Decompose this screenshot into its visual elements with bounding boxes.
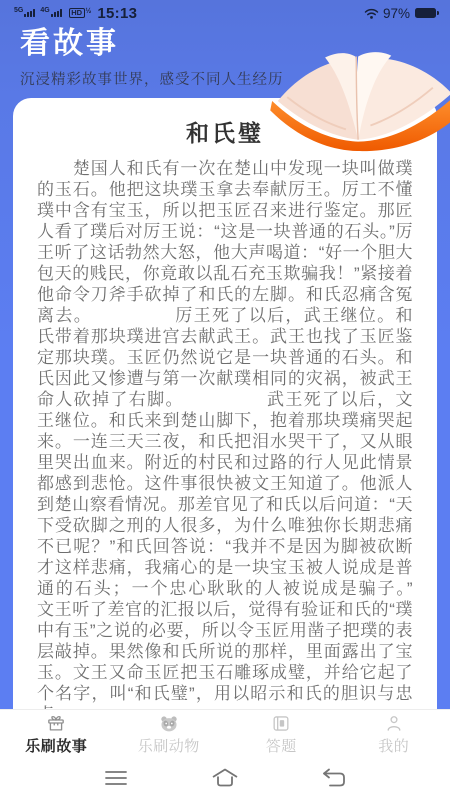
tab-story[interactable]: 乐刷故事 xyxy=(0,710,113,756)
tab-label: 乐刷故事 xyxy=(25,735,87,756)
page-subtitle: 沉浸精彩故事世界，感受不同人生经历 xyxy=(20,68,430,89)
tab-profile[interactable]: 我的 xyxy=(338,710,450,756)
tab-bar: 乐刷故事 乐刷动物 答题 xyxy=(0,709,450,756)
status-bar: 5G 4G HD ½ 15:13 97% xyxy=(0,0,450,24)
wifi-icon xyxy=(364,7,380,20)
page-title: 看故事 xyxy=(20,26,430,62)
battery-icon xyxy=(415,8,436,19)
app-screen: 5G 4G HD ½ 15:13 97% xyxy=(0,0,450,800)
panda-icon xyxy=(157,713,181,734)
hd-voice-icon: HD ½ xyxy=(69,8,92,19)
story-text[interactable]: 楚国人和氏有一次在楚山中发现一块叫做璞的玉石。他把这块璞玉拿去奉献厉王。厉工不懂… xyxy=(37,158,413,710)
menu-button[interactable] xyxy=(101,765,131,791)
tab-animals[interactable]: 乐刷动物 xyxy=(113,710,226,756)
signal-4g-icon: 4G xyxy=(40,9,62,18)
signal-5g-label: 5G xyxy=(14,7,23,14)
signal-5g-icon: 5G xyxy=(14,9,36,18)
book-icon xyxy=(269,713,293,734)
user-icon xyxy=(382,713,406,734)
header: 看故事 沉浸精彩故事世界，感受不同人生经历 xyxy=(0,24,450,89)
tab-label: 我的 xyxy=(378,735,409,756)
gift-icon xyxy=(44,713,68,734)
story-card: 和氏璧 楚国人和氏有一次在楚山中发现一块叫做璞的玉石。他把这块璞玉拿去奉献厉王。… xyxy=(13,98,437,710)
back-button[interactable] xyxy=(319,765,349,791)
home-button[interactable] xyxy=(210,765,240,791)
tab-label: 答题 xyxy=(266,735,297,756)
clock-time: 15:13 xyxy=(97,5,137,22)
story-title: 和氏璧 xyxy=(13,115,437,148)
battery-percentage: 97% xyxy=(383,6,410,21)
tab-quiz[interactable]: 答题 xyxy=(225,710,338,756)
android-nav-bar xyxy=(0,756,450,800)
tab-label: 乐刷动物 xyxy=(138,735,200,756)
signal-4g-label: 4G xyxy=(40,7,49,14)
